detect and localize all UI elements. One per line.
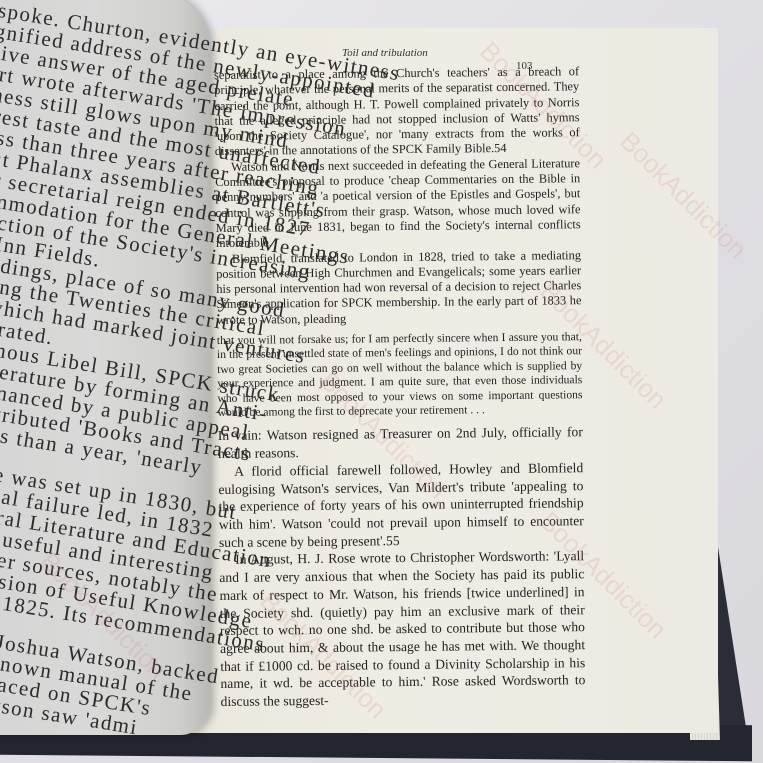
paragraph: A florid official farewell followed, How… bbox=[218, 459, 584, 551]
paragraph: In August, H. J. Rose wrote to Christoph… bbox=[219, 548, 586, 711]
paragraph: In vain: Watson resigned as Treasurer on… bbox=[218, 424, 583, 463]
left-page-text: spoke. Churton, evidently an eye-witness… bbox=[0, 0, 217, 734]
left-page: spoke. Churton, evidently an eye-witness… bbox=[0, 0, 210, 735]
